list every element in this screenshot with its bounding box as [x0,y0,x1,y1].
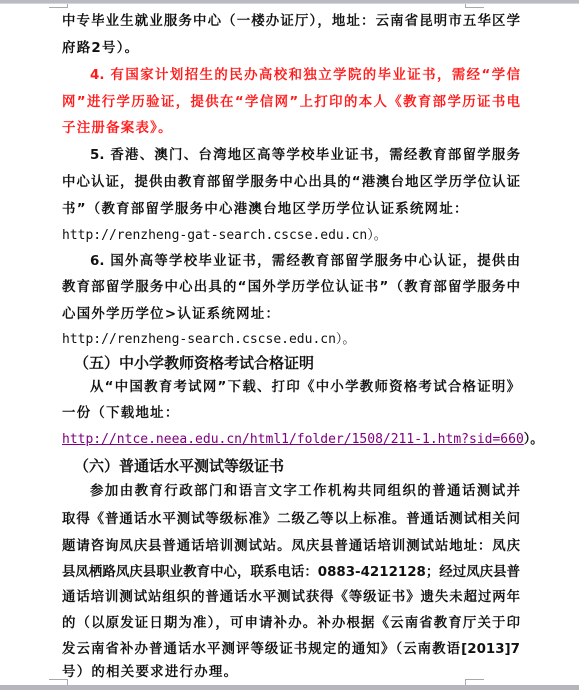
paragraph-line: 府路2号）。 [62,36,139,62]
section-6-paragraph-line: 参加由教育行政部门和语言文字工作机构共同组织的普通话测试并 [90,479,520,505]
item-6-line: 心国外学历学位>认证系统网址： [62,302,280,328]
section-6-paragraph-line: 取得《普通话水平测试等级标准》二级乙等以上标准。普通话测试相关问 [62,507,520,533]
section-5-link-line: http://ntce.neea.edu.cn/html1/folder/150… [62,427,543,453]
section-6-paragraph-line: 的（以原发证日期为准），可申请补办。补办根据《云南省教育厅关于印 [62,611,520,637]
paragraph-line: 中专毕业生就业服务中心（一楼办证厅），地址：云南省昆明市五华区学 [62,9,520,35]
item-6-line: 教育部留学服务中心出具的“国外学历学位认证书”（教育部留学服务中 [62,275,520,301]
item-6-line: 6. 国外高等学校毕业证书，需经教育部留学服务中心认证，提供由 [90,249,520,275]
item-5-line: 5. 香港、澳门、台湾地区高等学校毕业证书，需经教育部留学服务 [90,143,520,169]
section-6-paragraph-line: 号）的相关要求进行办理。 [62,660,238,686]
section-5-paragraph-line: 从“中国教育考试网”下载、打印《中小学教师资格考试合格证明》 [90,375,520,401]
item-5-line: 中心认证，提供由教育部留学服务中心出具的“港澳台地区学历学位认证 [62,170,520,196]
section-6-paragraph-line: 通话培训测试站组织的普通话水平测试获得《等级证书》遗失未超过两年 [62,585,520,611]
section-5-paragraph-line: 一份（下载地址： [62,401,180,427]
item-5-url: http://renzheng-gat-search.cscse.edu.cn）… [62,223,387,249]
page-top-edge [0,0,579,4]
crop-mark-top-right [465,4,484,8]
item-5-line: 书”（教育部留学服务中心港澳台地区学历学位认证系统网址： [62,197,469,223]
section-heading-putonghua-certificate: （六）普通话水平测试等级证书 [74,453,284,479]
section-6-paragraph-line: 县凤栖路凤庆县职业教育中心，联系电话：0883-4212128；经过凤庆县普 [62,560,520,586]
item-4-line: 4. 有国家计划招生的民办高校和独立学院的毕业证书，需经“学信 [90,63,520,89]
section-6-paragraph-line: 题请咨询凤庆县普通话培训测试站。凤庆县普通话培训测试站地址：凤庆 [62,534,520,560]
section-heading-teacher-certificate: （五）中小学教师资格考试合格证明 [74,350,314,376]
item-4-line: 网”进行学历验证，提供在“学信网”上打印的本人《教育部学历证书电 [62,90,520,116]
link-suffix: ）。 [524,432,544,447]
crop-mark-top-left [49,4,68,8]
download-link-ntce[interactable]: http://ntce.neea.edu.cn/html1/folder/150… [62,432,524,447]
item-4-line: 子注册备案表》。 [62,116,173,142]
